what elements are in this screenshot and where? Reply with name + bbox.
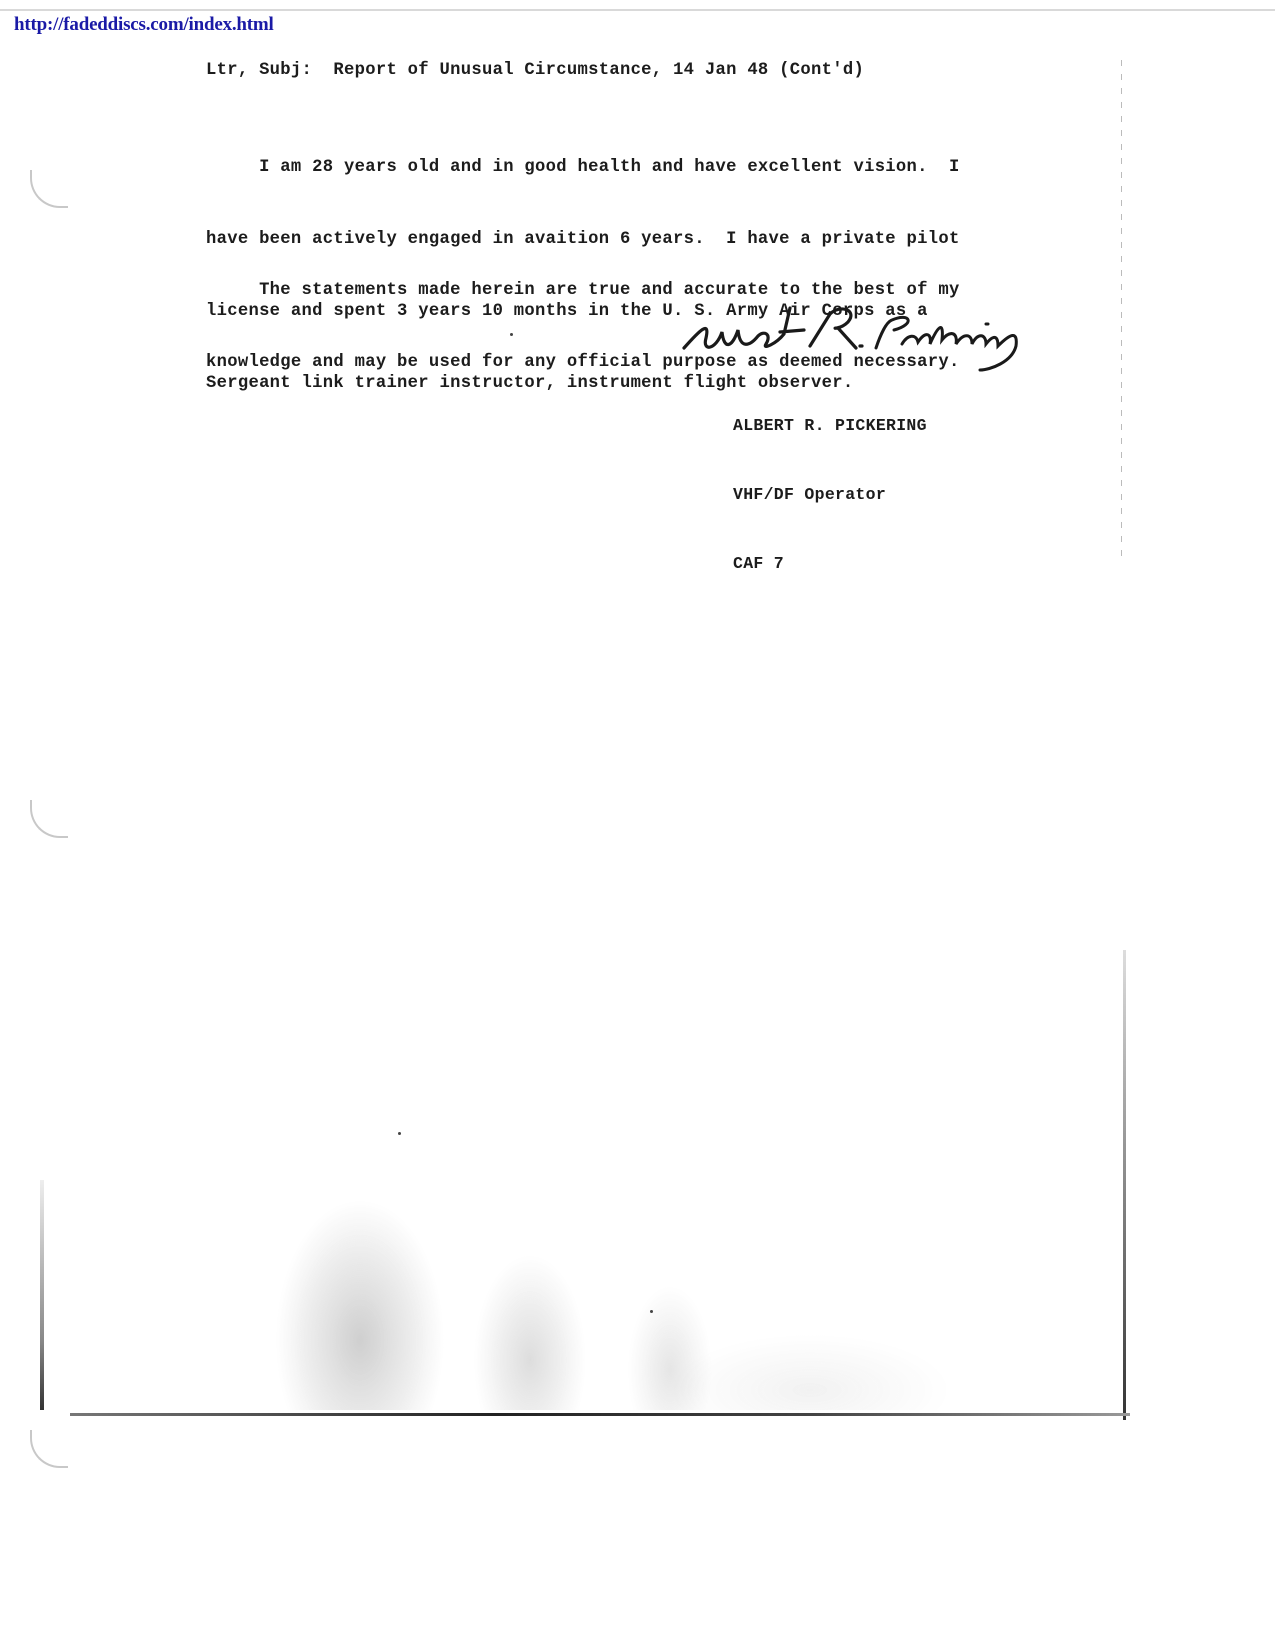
page-edge-right-lower (1123, 950, 1126, 1420)
signer-unit: CAF 7 (733, 552, 927, 575)
punch-hole-mark-bottom (30, 1430, 68, 1468)
punch-hole-mark-top (30, 170, 68, 208)
source-url-link[interactable]: http://fadeddiscs.com/index.html (14, 14, 274, 36)
scan-speck (398, 1132, 401, 1135)
signer-name: ALBERT R. PICKERING (733, 414, 927, 437)
page-edge-left-lower (40, 1180, 44, 1410)
signature-block: ALBERT R. PICKERING VHF/DF Operator CAF … (733, 368, 927, 598)
scan-speck (510, 333, 513, 336)
scan-speck (650, 1310, 653, 1313)
scan-noise-area (110, 1110, 1010, 1410)
page-edge-right-upper (1121, 60, 1122, 560)
paragraph-line: I am 28 years old and in good health and… (206, 156, 960, 180)
punch-hole-mark-middle (30, 800, 68, 838)
page-bottom-edge (70, 1413, 1130, 1416)
signer-title: VHF/DF Operator (733, 483, 927, 506)
subject-line: Ltr, Subj: Report of Unusual Circumstanc… (206, 61, 864, 80)
page-top-border (0, 9, 1275, 11)
